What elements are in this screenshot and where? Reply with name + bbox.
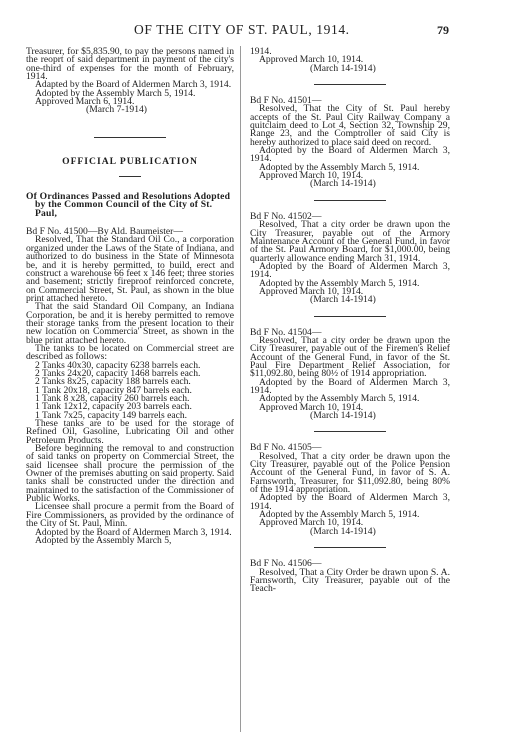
- resolution-41500-assembly: Adopted by the Assembly March 5,: [26, 537, 234, 545]
- official-publication-heading: OFFICIAL PUBLICATION: [26, 158, 234, 166]
- resolution-body: Resolved, That a city order be drawn upo…: [250, 453, 450, 495]
- section-rule: [314, 431, 386, 432]
- column-divider: [240, 46, 241, 732]
- resolution-body: Resolved, That a city order be drawn upo…: [250, 221, 450, 263]
- page-header-title: OF THE CITY OF ST. PAUL, 1914.: [134, 22, 350, 38]
- right-column: 1914. Approved March 10, 1914. (March 14…: [250, 48, 450, 594]
- resolution-41504: Bd F No. 41504— Resolved, That a city or…: [250, 329, 450, 421]
- section-rule: [94, 137, 166, 138]
- resolution-41500-p1: Resolved, That the Standard Oil Co., a c…: [26, 236, 234, 303]
- resolution-41500-p6: Licensee shall procure a permit from the…: [26, 503, 234, 528]
- resolution-body: Resolved, That the City of St. Paul here…: [250, 105, 450, 147]
- page-number: 79: [437, 23, 449, 38]
- section-rule: [314, 200, 386, 201]
- section-rule: [314, 316, 386, 317]
- resolution-41501: Bd F No. 41501— Resolved, That the City …: [250, 97, 450, 189]
- resolution-body: Resolved, That a city order be drawn upo…: [250, 337, 450, 379]
- resolution-41500-p5: Before beginning the removal to and cons…: [26, 445, 234, 503]
- resolution-41502: Bd F No. 41502— Resolved, That a city or…: [250, 213, 450, 305]
- intro-text: Treasurer, for $5,835.90, to pay the per…: [26, 48, 234, 81]
- section-rule: [314, 84, 386, 85]
- ordinances-subheading: Of Ordinances Passed and Resolutions Ado…: [26, 193, 234, 218]
- heading-rule: [119, 176, 141, 177]
- running-header: OF THE CITY OF ST. PAUL, 1914. 79: [0, 22, 520, 38]
- resolution-published: (March 14-1914): [250, 528, 450, 536]
- resolution-published: (March 14-1914): [250, 412, 450, 420]
- resolution-published: (March 14-1914): [250, 180, 450, 188]
- resolution-41500-p2: That the said Standard Oil Company, an I…: [26, 303, 234, 345]
- intro-published: (March 7-1914): [26, 106, 234, 114]
- section-rule: [314, 547, 386, 548]
- resolution-41506: Bd F No. 41506— Resolved, That a City Or…: [250, 560, 450, 593]
- continuation-published: (March 14-1914): [250, 65, 450, 73]
- left-column: Treasurer, for $5,835.90, to pay the per…: [26, 48, 234, 545]
- resolution-body: Resolved, That a City Order be drawn upo…: [250, 569, 450, 594]
- resolution-41505: Bd F No. 41505— Resolved, That a city or…: [250, 444, 450, 536]
- resolution-published: (March 14-1914): [250, 296, 450, 304]
- resolution-41500-p4: These tanks are to be used for the stora…: [26, 420, 234, 445]
